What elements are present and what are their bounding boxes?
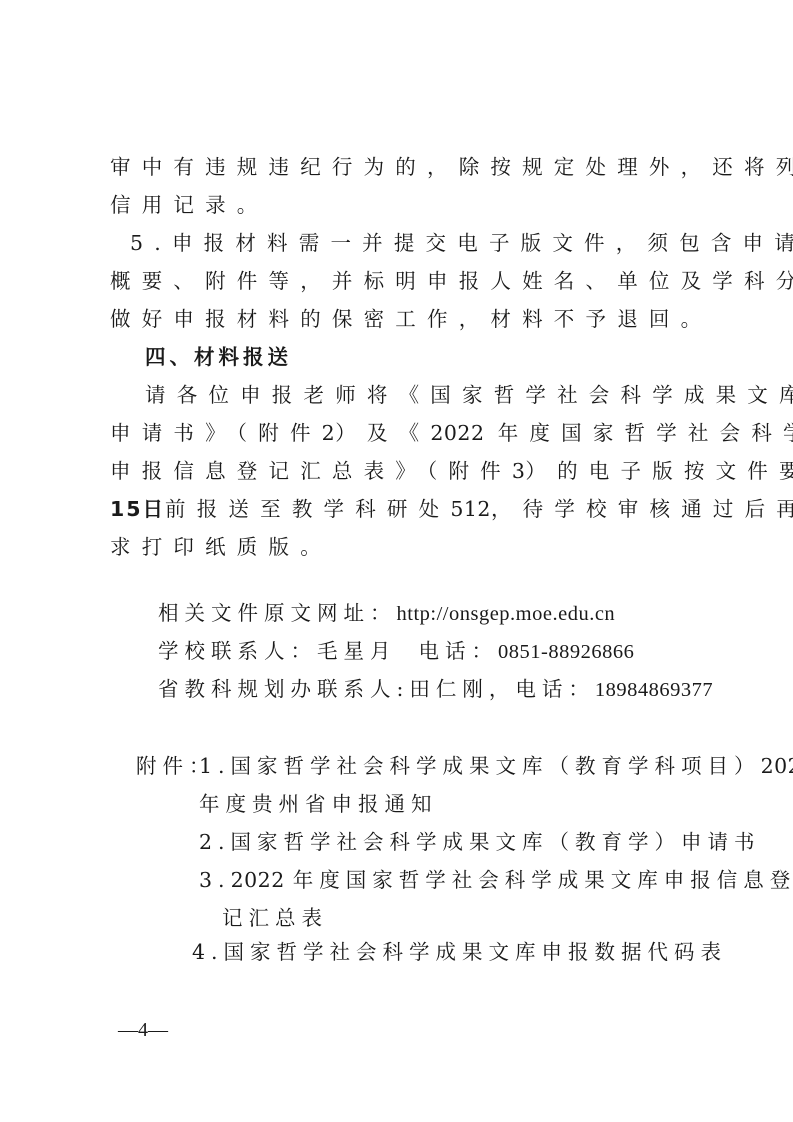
province-contact-label: 省教科规划办联系人: [158,677,409,701]
paragraph-line: 概要、附件等，并标明申报人姓名、单位及学科分类。我办将 [110,269,793,293]
paragraph-line: 求打印纸质版。 [110,535,332,559]
text-segment: 2022 [430,421,484,445]
text-segment: 2022 [231,868,285,892]
paragraph-line: 做好申报材料的保密工作，材料不予退回。 [110,307,712,331]
province-contact-line: 省教科规划办联系人:田仁刚，电话：18984869377 [158,677,713,702]
section-heading: 四、材料报送 [145,345,292,369]
source-url-line: 相关文件原文网址：http://onsgep.moe.edu.cn [158,601,615,626]
url-label: 相关文件原文网址： [158,601,397,625]
room-number: 512 [450,497,491,521]
attachment-item-4: 4.国家哲学社会科学成果文库申报数据代码表 [192,940,727,964]
paragraph-line: 申报信息登记汇总表》（附件3）的电子版按文件要求于4月 [110,459,793,483]
text-segment: ）的电子版按文件要求于 [525,459,793,483]
text-segment: 3. [199,868,231,892]
deadline-highlight: 15日 [110,497,165,521]
text-segment: 2022 [761,754,793,778]
attachment-item-1: 1.国家哲学社会科学成果文库（教育学科项目）2022 [199,754,793,778]
province-contact-name: 田仁刚， [409,677,515,701]
source-url-link[interactable]: http://onsgep.moe.edu.cn [397,603,616,625]
attachment-item-1-cont: 年度贵州省申报通知 [199,792,438,816]
school-contact-name: 毛星月 [317,639,397,663]
text-segment: ，待学校审核通过后再按文件要 [491,497,793,521]
province-phone-label: 电话： [515,677,595,701]
school-contact-label: 学校联系人： [158,639,317,663]
paragraph-line: 申请书》（附件2）及《2022 年度国家哲学社会科学成果文库 [110,421,793,445]
paragraph-line: 5.申报材料需一并提交电子版文件，须包含申请书、书稿、 [130,231,793,255]
province-phone: 18984869377 [595,679,713,701]
text-segment: 年度国家哲学社会科学成果文库 [498,421,793,445]
paragraph-line: 信用记录。 [110,193,269,217]
text-segment: 申请书》（附件 [110,421,322,445]
text-segment: 前报送至教学科研处 [165,497,450,521]
paragraph-line: 15日前报送至教学科研处512，待学校审核通过后再按文件要 [110,497,793,521]
attachment-item-2: 2.国家哲学社会科学成果文库（教育学）申请书 [199,830,761,854]
page-number: —4— [118,1018,168,1042]
document-page: 审中有违规违纪行为的，除按规定处理外，还将列入不良科研 信用记录。 5.申报材料… [0,0,793,1122]
attachment-item-3: 3.2022 年度国家哲学社会科学成果文库申报信息登 [199,868,793,892]
school-phone-label: 电话： [419,639,499,663]
paragraph-line: 审中有违规违纪行为的，除按规定处理外，还将列入不良科研 [110,155,793,179]
paragraph-line: 请各位申报老师将《国家哲学社会科学成果文库（教育学） [145,383,793,407]
school-phone: 0851-88926866 [498,641,634,663]
text-segment: 年度国家哲学社会科学成果文库申报信息登 [293,868,793,892]
text-segment: 申报信息登记汇总表》（附件 [110,459,512,483]
text-segment: ）及《 [335,421,430,445]
text-segment: 1.国家哲学社会科学成果文库（教育学科项目） [199,754,761,778]
text-segment: 3 [512,459,526,483]
attachment-item-3-cont: 记汇总表 [222,906,328,930]
text-segment: 2 [322,421,336,445]
school-contact-line: 学校联系人：毛星月电话：0851-88926866 [158,639,634,664]
